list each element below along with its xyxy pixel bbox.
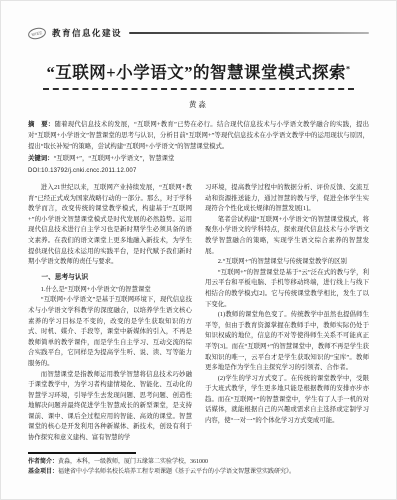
author-bio-label: 作者简介： [28,459,58,465]
article-title-text: “互联网+小学语文”的智慧课堂模式探索 [47,63,346,82]
keywords-label: 关键词： [28,155,54,162]
doi: DOI:10.13792/j.cnki.cncc.2011.12.007 [28,167,369,176]
subsection-heading: 1.什么是“互联网+小学语文”的智慧课堂 [28,285,192,296]
author-bio-text: 黄淼，本科，一级教师，厦门五缘第二实验学校，361000 [58,459,208,465]
article-title: “互联网+小学语文”的智慧课堂模式探索* [47,63,351,82]
body-paragraph: 进入21世纪以来，互联网产业持续发展，“互联网+教育”已经正式成为国家战略行动的… [28,183,192,268]
page-footnote: 作者简介：黄淼，本科，一级教师，厦门五缘第二实验学校，361000 基金项目：福… [28,452,369,478]
keywords-block: 关键词：“互联网+”，“互联网+小学语文”，智慧课堂 [28,153,369,164]
body-paragraph: “互联网+”的智慧课堂是基于“云”泛在式的教与学，利用云平台和平板电脑、手机等移… [205,268,369,310]
fund-label: 基金项目： [28,469,58,475]
journal-logo-text: MIEE [31,29,43,36]
header-rule [129,32,369,34]
abstract-label: 摘 要： [28,121,55,128]
body-paragraph: 笔者尝试构建“互联网+小学语文”的智慧课堂模式，将聚焦小学语文的学科特点，探索现… [205,215,369,257]
body-paragraph: (2)学生的学习方式变了。在传统的课堂教学中，受限于大班式教学，学生更多地只能是… [205,374,369,427]
column-title: 教育信息化建设 [52,27,122,39]
body-paragraph: “互联网+小学语文”是基于互联网环境下，现代信息技术与小学语文学科教学的深度融合… [28,295,192,369]
abstract-text: 随着现代信息技术的发展，“互联网+教育”已势在必行。结合现代信息技术与小学语文教… [28,121,369,150]
author-name: 黄淼 [28,99,369,110]
section-heading: 一、思考与认识 [28,272,192,283]
keywords-text: “互联网+”，“互联网+小学语文”，智慧课堂 [54,155,175,162]
left-column: 进入21世纪以来，互联网产业持续发展，“互联网+教育”已经正式成为国家战略行动的… [28,183,192,448]
abstract-block: 摘 要：随着现代信息技术的发展，“互联网+教育”已势在必行。结合现代信息技术与小… [28,119,369,152]
journal-page: MIEE 教育信息化建设 “互联网+小学语文”的智慧课堂模式探索* 黄淼 摘 要… [0,0,397,500]
body-paragraph: 习环境，提高教学过程中的数据分析、评价反馈、交流互动和资源推送能力，通过智慧的教… [205,183,369,215]
title-footnote-mark: * [346,65,351,74]
journal-logo-icon: MIEE [27,26,47,41]
author-bio-line: 作者简介：黄淼，本科，一级教师，厦门五缘第二实验学校，361000 [28,458,369,468]
fund-text: 福建省中小学名师名校长培养工程专项课题《基于云平台的小学语文智慧课堂实践研究》。 [58,469,295,475]
footnote-separator [28,452,136,455]
article-body: 进入21世纪以来，互联网产业持续发展，“互联网+教育”已经正式成为国家战略行动的… [28,183,369,448]
fund-line: 基金项目：福建省中小学名师名校长培养工程专项课题《基于云平台的小学语文智慧课堂实… [28,468,369,478]
subsection-heading: 2.“互联网+”的智慧课堂与传统课堂教学的区别 [205,257,369,268]
body-paragraph: (1)教师的课堂角色变了。传统教学中虽然也提倡师生平等，但由于教育资源掌握在教师… [205,310,369,374]
page-header: MIEE 教育信息化建设 [28,27,369,39]
article-title-block: “互联网+小学语文”的智慧课堂模式探索* [43,59,355,90]
body-paragraph: 而智慧课堂是指教师运用教学智慧将信息技术巧妙融于课堂教学中，为学习者构建情境化、… [28,370,192,444]
right-column: 习环境，提高教学过程中的数据分析、评价反馈、交流互动和资源推送能力，通过智慧的教… [205,183,369,448]
